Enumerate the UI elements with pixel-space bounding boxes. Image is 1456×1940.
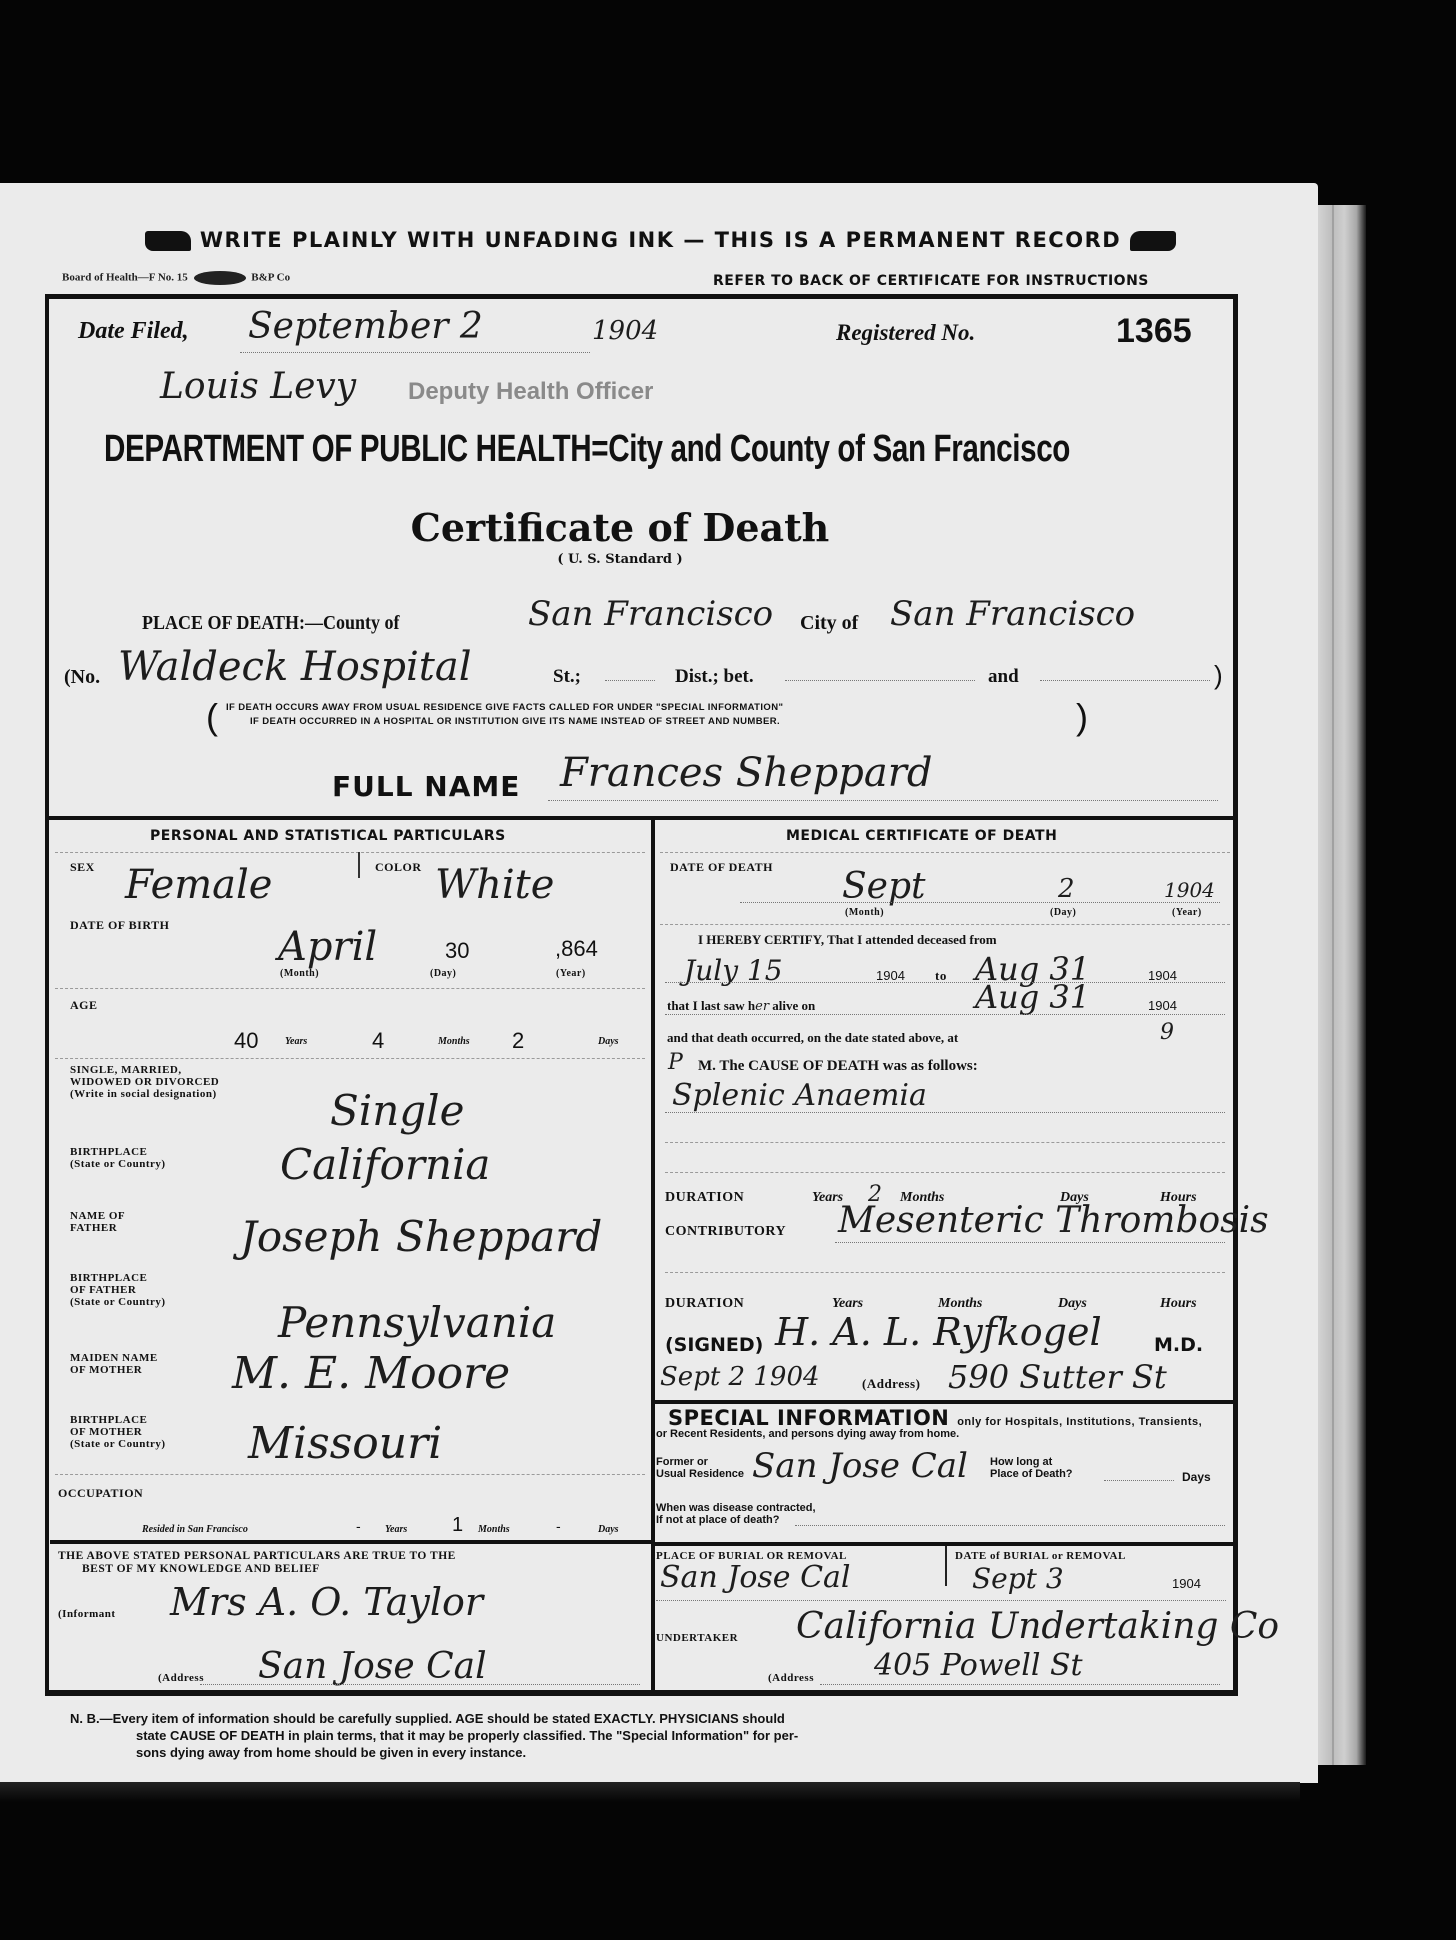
full-name-label: FULL NAME — [332, 770, 520, 803]
duration-label: DURATION — [665, 1190, 744, 1206]
undertaker-label: UNDERTAKER — [656, 1632, 738, 1644]
date-filed-label: Date Filed, — [78, 318, 189, 345]
note-close-paren: ) — [1076, 696, 1088, 738]
informant-label: (Informant — [58, 1608, 116, 1620]
banner-text: WRITE PLAINLY WITH UNFADING INK — THIS I… — [200, 228, 1121, 252]
contracted-label-line: When was disease contracted, — [656, 1502, 816, 1514]
contributory-value: Mesenteric Thrombosis — [838, 1200, 1269, 1241]
close-paren: ) — [1214, 660, 1223, 691]
dod-day: 2 — [1058, 874, 1075, 904]
death-county-value: San Francisco — [528, 594, 773, 634]
alive-on-text: alive on — [772, 998, 815, 1013]
date-filed-year: 1904 — [592, 316, 658, 346]
nb-line: sons dying away from home should be give… — [70, 1744, 1150, 1761]
place-of-death-label: PLACE OF DEATH:—County of — [142, 612, 400, 635]
age-label: AGE — [70, 998, 98, 1013]
resided-label: Resided in San Francisco — [142, 1524, 248, 1535]
last-saw-year: 1904 — [1148, 998, 1177, 1013]
dod-day-caption: (Day) — [1050, 907, 1076, 918]
father-bp-label-line: (State or Country) — [70, 1296, 166, 1308]
registered-label: Registered No. — [836, 320, 975, 346]
hour-value: 9 — [1160, 1020, 1174, 1045]
death-city-value: San Francisco — [890, 594, 1135, 634]
cause-of-death-value: Splenic Anaemia — [672, 1078, 927, 1113]
column-divider — [651, 818, 655, 1696]
last-saw-pronoun: er — [755, 999, 769, 1014]
department-title: DEPARTMENT OF PUBLIC HEALTH=City and Cou… — [104, 428, 1070, 471]
dob-month-caption: (Month) — [280, 968, 319, 979]
registered-number: 1365 — [1116, 312, 1192, 351]
burial-place-value: San Jose Cal — [660, 1560, 851, 1595]
dob-month: April — [278, 924, 377, 970]
physician-address-value: 590 Sutter St — [948, 1358, 1167, 1396]
book-page-stack — [1318, 205, 1366, 1765]
last-saw-text: that I last saw h — [667, 998, 755, 1013]
pointing-hand-icon — [1130, 231, 1176, 251]
resided-days-label: Days — [598, 1524, 619, 1535]
permanent-record-banner: WRITE PLAINLY WITH UNFADING INK — THIS I… — [145, 228, 1176, 252]
occupation-label: OCCUPATION — [58, 1486, 143, 1501]
resided-years: - — [356, 1518, 361, 1534]
informant-value: Mrs A. O. Taylor — [170, 1580, 483, 1624]
special-heading-note: only for Hospitals, Institutions, Transi… — [957, 1416, 1202, 1428]
officer-signature: Louis Levy — [160, 366, 356, 407]
burial-date-value: Sept 3 — [972, 1562, 1064, 1595]
father-name-value: Joseph Sheppard — [240, 1212, 602, 1261]
color-label: COLOR — [375, 860, 422, 875]
father-label-line: NAME OF — [70, 1210, 125, 1222]
dod-month-caption: (Month) — [845, 907, 884, 918]
undertaker-value: California Undertaking Co — [796, 1606, 1279, 1647]
mother-label-line: OF MOTHER — [70, 1364, 158, 1376]
informant-statement-1: THE ABOVE STATED PERSONAL PARTICULARS AR… — [58, 1550, 456, 1562]
form-number: Board of Health—F No. 15 B&P Co — [62, 271, 290, 285]
special-divider — [653, 1400, 1233, 1404]
dod-month: Sept — [842, 866, 925, 907]
undertaker-address-value: 405 Powell St — [874, 1648, 1083, 1683]
dod-year: 1904 — [1164, 878, 1215, 902]
sex-label: SEX — [70, 860, 95, 875]
mother-birthplace-label: BIRTHPLACE OF MOTHER (State or Country) — [70, 1414, 166, 1450]
certificate-title: Certificate of Death — [0, 505, 1240, 550]
and-label: and — [988, 666, 1019, 688]
address-no-label: (No. — [64, 666, 100, 689]
color-value: White — [435, 862, 554, 908]
marital-label-line: SINGLE, MARRIED, — [70, 1064, 219, 1076]
dod-label: DATE OF DEATH — [670, 860, 773, 875]
medical-heading: MEDICAL CERTIFICATE OF DEATH — [786, 828, 1057, 844]
marital-label-line: WIDOWED OR DIVORCED — [70, 1076, 219, 1088]
md-label: M.D. — [1154, 1334, 1203, 1356]
resided-days: - — [556, 1518, 561, 1534]
signed-label: (SIGNED) — [665, 1334, 763, 1356]
last-saw-date: Aug 31 — [975, 978, 1090, 1016]
mother-name-value: M. E. Moore — [232, 1348, 510, 1399]
undertaker-address-label: (Address — [768, 1672, 814, 1684]
mother-bp-label-line: OF MOTHER — [70, 1426, 166, 1438]
former-label-line: Former or — [656, 1456, 744, 1468]
former-residence-value: San Jose Cal — [752, 1446, 968, 1486]
marital-label-line: (Write in social designation) — [70, 1088, 219, 1100]
informant-statement-2: BEST OF MY KNOWLEDGE AND BELIEF — [82, 1563, 320, 1575]
burial-date-year: 1904 — [1172, 1576, 1201, 1591]
dob-year: ,864 — [555, 936, 598, 962]
special-heading-text: SPECIAL INFORMATION — [668, 1406, 949, 1430]
age-months-label: Months — [438, 1036, 470, 1047]
residence-note-line1: IF DEATH OCCURS AWAY FROM USUAL RESIDENC… — [226, 702, 783, 713]
physician-address-label: (Address) — [862, 1376, 920, 1392]
father-birthplace-value: Pennsylvania — [278, 1298, 556, 1347]
age-years-label: Years — [285, 1036, 307, 1047]
marital-value: Single — [330, 1086, 464, 1135]
father-name-label: NAME OF FATHER — [70, 1210, 125, 1234]
street-label: St.; — [553, 666, 581, 688]
birthplace-label-line: BIRTHPLACE — [70, 1146, 166, 1158]
certify-statement: I HEREBY CERTIFY, That I attended deceas… — [698, 932, 997, 948]
informant-address-value: San Jose Cal — [258, 1646, 487, 1687]
refer-instructions: REFER TO BACK OF CERTIFICATE FOR INSTRUC… — [713, 273, 1149, 289]
dob-day: 30 — [445, 938, 469, 964]
informant-address-label: (Address — [158, 1672, 204, 1684]
full-name-value: Frances Sheppard — [560, 750, 932, 796]
father-bp-label-line: OF FATHER — [70, 1284, 166, 1296]
nb-line: N. B.—Every item of information should b… — [70, 1711, 785, 1726]
personal-heading: PERSONAL AND STATISTICAL PARTICULARS — [150, 828, 506, 844]
dod-year-caption: (Year) — [1172, 907, 1202, 918]
burial-date-label: DATE of BURIAL or REMOVAL — [955, 1550, 1126, 1562]
sex-color-separator — [358, 852, 360, 878]
date-filed-value: September 2 — [248, 306, 483, 347]
mother-label-line: MAIDEN NAME — [70, 1352, 158, 1364]
marital-label: SINGLE, MARRIED, WIDOWED OR DIVORCED (Wr… — [70, 1064, 219, 1100]
printer-text: B&P Co — [251, 272, 290, 284]
how-long-label: How long at Place of Death? — [990, 1456, 1073, 1480]
resided-months-label: Months — [478, 1524, 510, 1535]
printer-seal-icon — [194, 271, 246, 285]
officer-title-stamp: Deputy Health Officer — [408, 378, 653, 406]
last-saw-label: that I last saw her alive on — [667, 998, 815, 1014]
contracted-label-line: If not at place of death? — [656, 1514, 816, 1526]
district-label: Dist.; bet. — [675, 666, 754, 688]
birthplace-label: BIRTHPLACE (State or Country) — [70, 1146, 166, 1170]
resided-years-label: Years — [385, 1524, 407, 1535]
section-divider — [45, 816, 1238, 820]
page-bottom-shadow — [0, 1782, 1300, 1802]
nb-line: state CAUSE OF DEATH in plain terms, tha… — [70, 1727, 1150, 1744]
mother-bp-label-line: (State or Country) — [70, 1438, 166, 1450]
city-of-label: City of — [800, 612, 858, 635]
duration2-label: DURATION — [665, 1296, 744, 1312]
how-long-label-line: How long at — [990, 1456, 1073, 1468]
age-days: 2 — [512, 1028, 524, 1054]
resided-months: 1 — [452, 1514, 463, 1537]
attended-to-year: 1904 — [1148, 968, 1177, 983]
former-label-line: Usual Residence — [656, 1468, 744, 1480]
occurred-statement: and that death occurred, on the date sta… — [667, 1030, 958, 1046]
father-label-line: FATHER — [70, 1222, 125, 1234]
days-label: Days — [1182, 1470, 1211, 1484]
mother-name-label: MAIDEN NAME OF MOTHER — [70, 1352, 158, 1376]
pointing-hand-icon — [145, 231, 191, 251]
mother-bp-label-line: BIRTHPLACE — [70, 1414, 166, 1426]
birthplace-label-line: (State or Country) — [70, 1158, 166, 1170]
father-birthplace-label: BIRTHPLACE OF FATHER (State or Country) — [70, 1272, 166, 1308]
duration2-hours-label: Hours — [1160, 1296, 1197, 1312]
sex-value: Female — [125, 862, 272, 908]
dob-year-caption: (Year) — [556, 968, 586, 979]
ampm-value: P — [668, 1050, 683, 1075]
special-heading-note-2: or Recent Residents, and persons dying a… — [656, 1428, 959, 1440]
birthplace-value: California — [280, 1140, 490, 1189]
death-address-value: Waldeck Hospital — [118, 644, 472, 690]
us-standard-subtitle: ( U. S. Standard ) — [0, 552, 1240, 567]
age-months: 4 — [372, 1028, 384, 1054]
cause-statement: M. The CAUSE OF DEATH was as follows: — [698, 1058, 978, 1075]
signed-date: Sept 2 1904 — [660, 1362, 820, 1392]
residence-note-line2: IF DEATH OCCURRED IN A HOSPITAL OR INSTI… — [250, 716, 780, 727]
father-bp-label-line: BIRTHPLACE — [70, 1272, 166, 1284]
attended-from-year: 1904 — [876, 968, 905, 983]
former-residence-label: Former or Usual Residence — [656, 1456, 744, 1480]
how-long-label-line: Place of Death? — [990, 1468, 1073, 1480]
form-number-text: Board of Health—F No. 15 — [62, 272, 188, 284]
dob-label: DATE OF BIRTH — [70, 918, 169, 933]
dob-day-caption: (Day) — [430, 968, 456, 979]
mother-birthplace-value: Missouri — [248, 1418, 442, 1469]
note-open-paren: ( — [206, 696, 218, 738]
burial-divider — [653, 1542, 1233, 1546]
contributory-label: CONTRIBUTORY — [665, 1224, 786, 1240]
physician-signature: H. A. L. Ryfkogel — [775, 1310, 1102, 1354]
nb-instructions: N. B.—Every item of information should b… — [70, 1710, 1150, 1761]
age-days-label: Days — [598, 1036, 619, 1047]
contracted-label: When was disease contracted, If not at p… — [656, 1502, 816, 1526]
special-heading: SPECIAL INFORMATION only for Hospitals, … — [668, 1406, 1202, 1430]
burial-column-divider — [945, 1546, 947, 1586]
informant-divider — [50, 1540, 653, 1544]
age-years: 40 — [234, 1028, 258, 1054]
